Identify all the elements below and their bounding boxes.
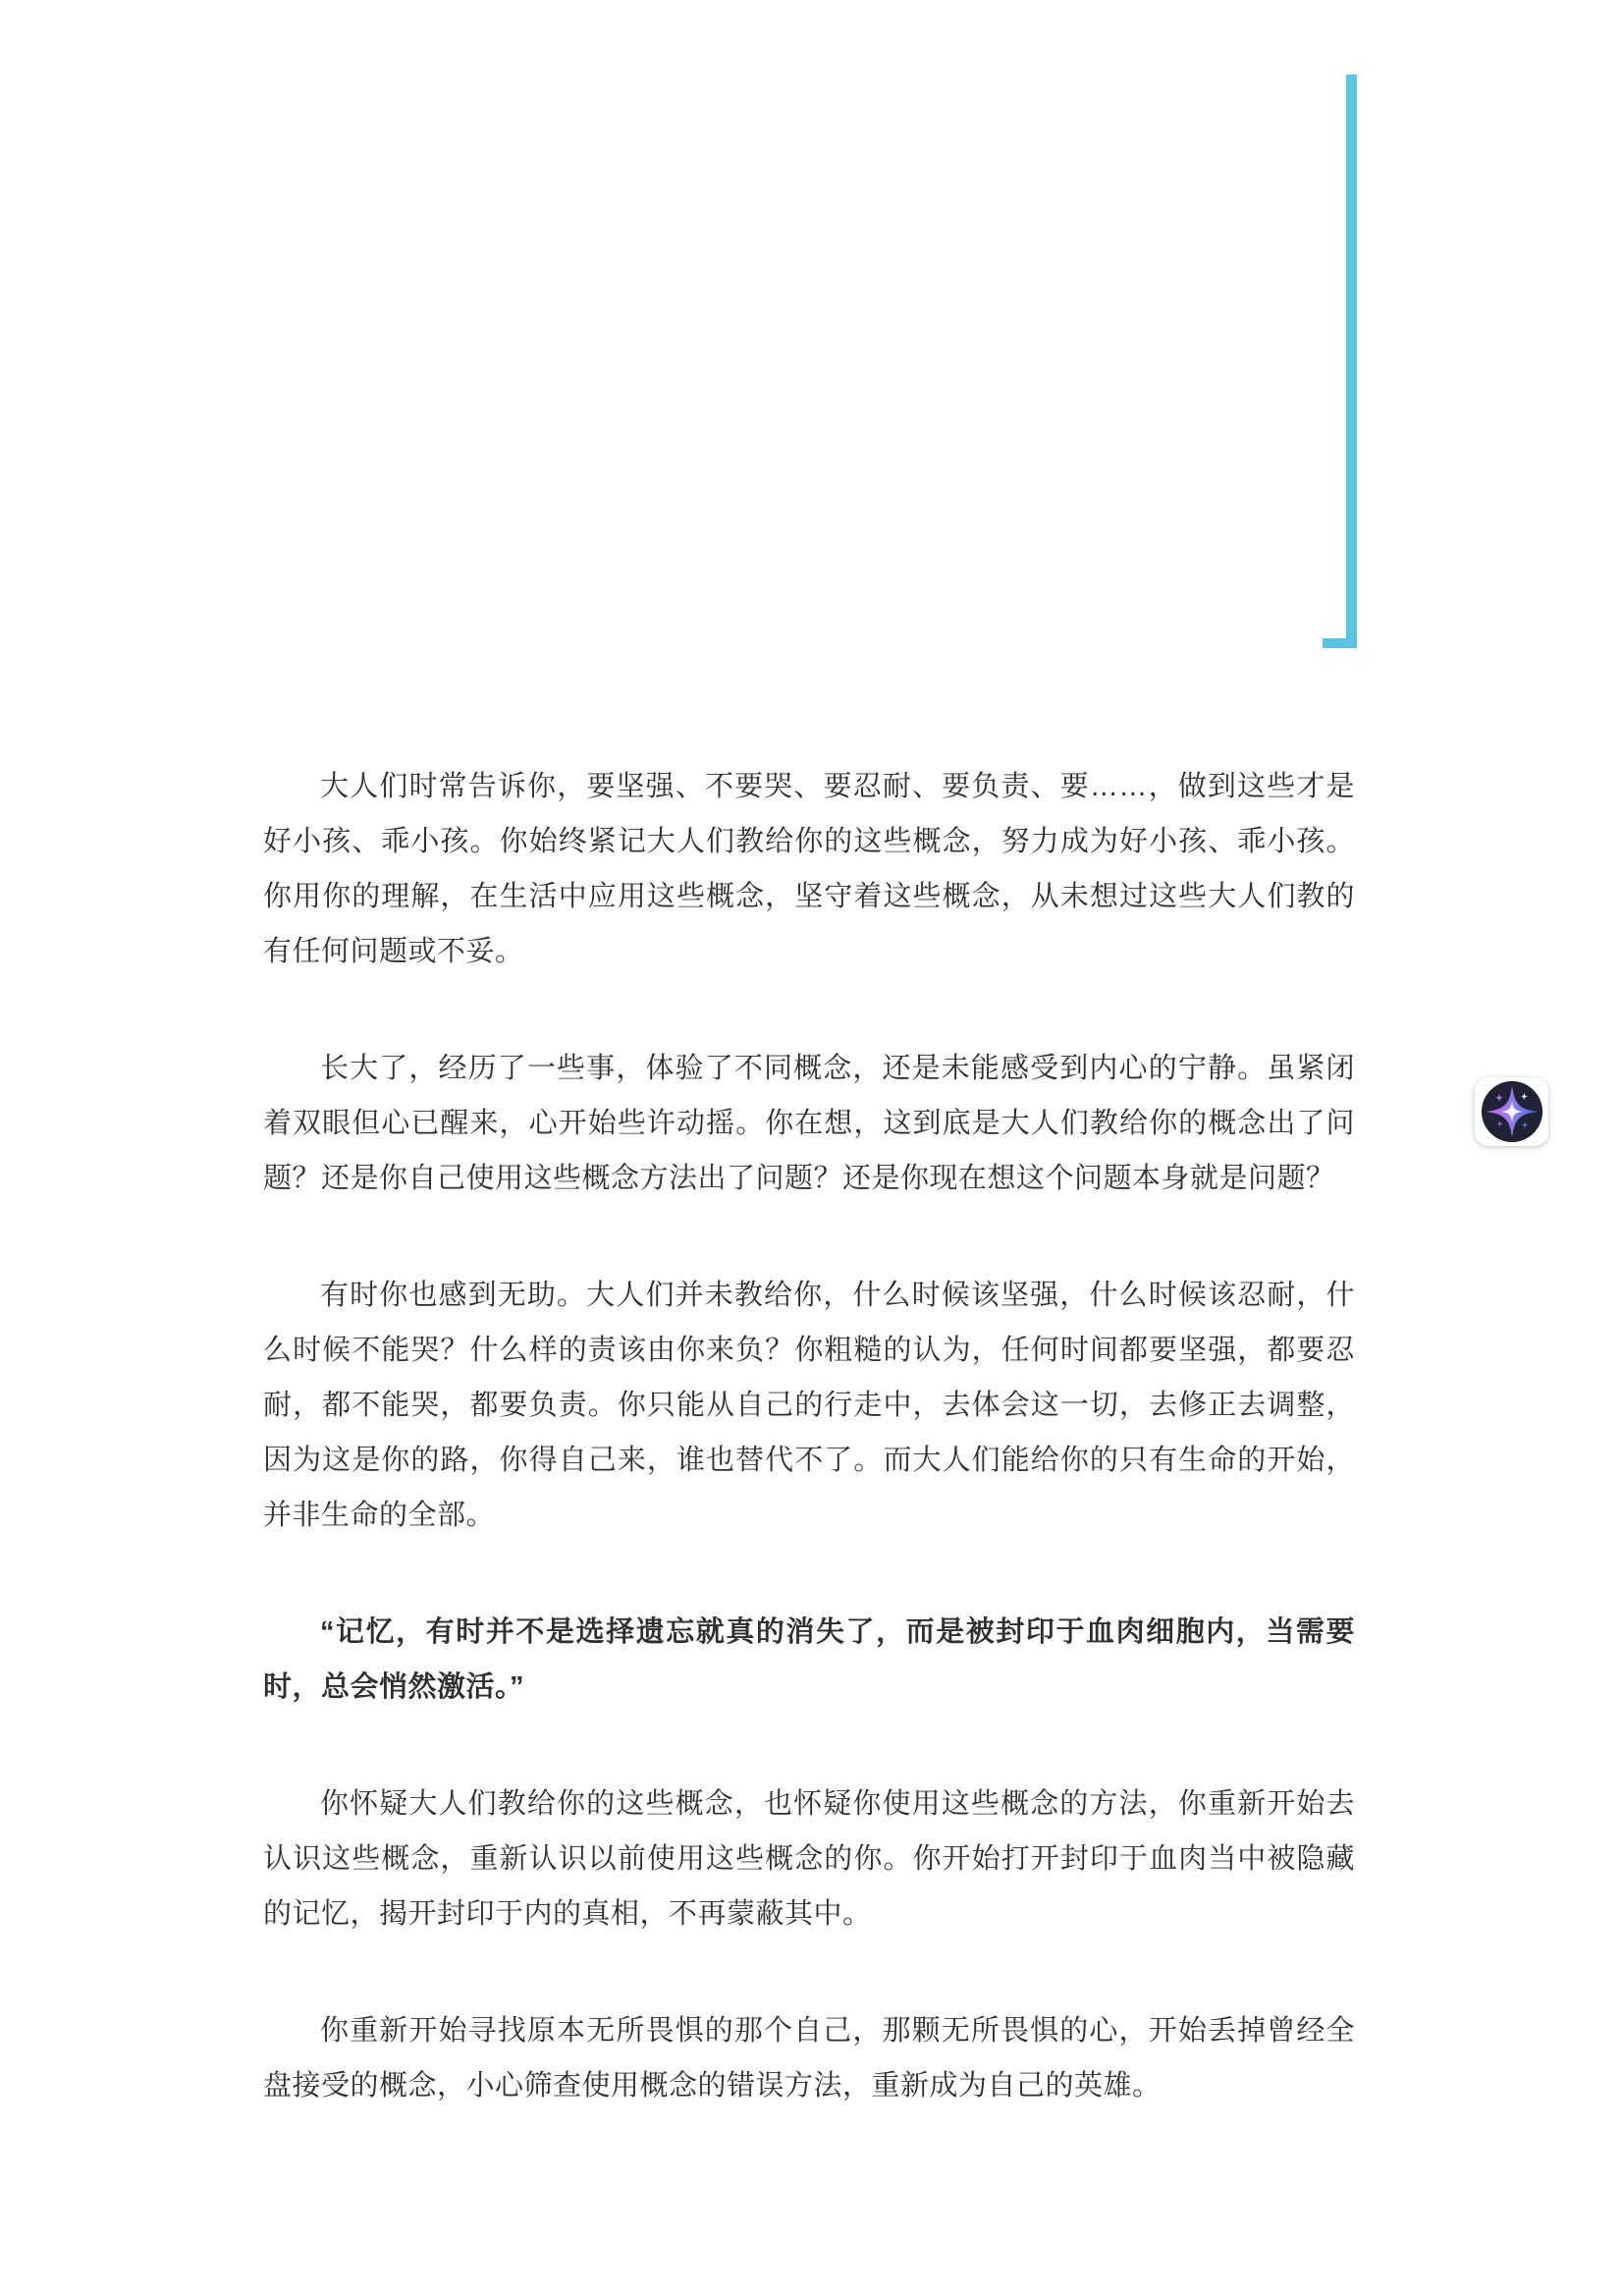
decor-bracket [1323, 75, 1357, 648]
paragraph-6: 你重新开始寻找原本无所畏惧的那个自己，那颗无所畏惧的心，开始丢掉曾经全盘接受的概… [263, 2003, 1355, 2113]
paragraph-5: 你怀疑大人们教给你的这些概念，也怀疑你使用这些概念的方法，你重新开始去认识这些概… [263, 1777, 1355, 1941]
document-page: 大人们时常告诉你，要坚强、不要哭、要忍耐、要负责、要……，做到这些才是好小孩、乖… [0, 0, 1622, 2296]
decor-bracket-vertical-bar [1346, 75, 1357, 648]
sparkle-logo-icon [1482, 1081, 1542, 1142]
paragraph-4: “记忆，有时并不是选择遗忘就真的消失了，而是被封印于血肉细胞内，当需要时，总会悄… [263, 1605, 1355, 1715]
ai-assistant-button[interactable] [1475, 1077, 1548, 1146]
article: 大人们时常告诉你，要坚强、不要哭、要忍耐、要负责、要……，做到这些才是好小孩、乖… [263, 759, 1355, 2175]
paragraph-3: 有时你也感到无助。大人们并未教给你，什么时候该坚强，什么时候该忍耐，什么时候不能… [263, 1268, 1355, 1543]
decor-bracket-foot [1323, 638, 1357, 648]
paragraph-1: 大人们时常告诉你，要坚强、不要哭、要忍耐、要负责、要……，做到这些才是好小孩、乖… [263, 759, 1355, 979]
paragraph-2: 长大了，经历了一些事，体验了不同概念，还是未能感受到内心的宁静。虽紧闭着双眼但心… [263, 1041, 1355, 1206]
